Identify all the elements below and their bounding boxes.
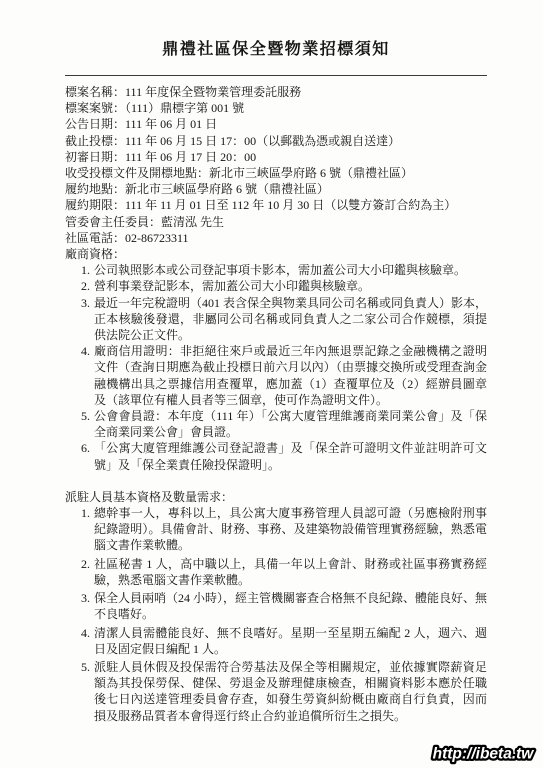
info-line-review-date: 初審日期：111 年 06 月 17 日 20：00 xyxy=(65,149,487,165)
title-divider xyxy=(65,75,487,76)
watermark-url: http://ibeta.tw xyxy=(433,746,535,763)
list-item: 營利事業登記影本，需加蓋公司大小印鑑與核驗章。 xyxy=(93,278,487,294)
list-item: 公會會員證：本年度（111 年）「公寓大廈管理維護商業同業公會」及「保全商業同業… xyxy=(93,408,487,440)
list-item: 公司執照影本或公司登記事項卡影本，需加蓋公司大小印鑑與核驗章。 xyxy=(93,262,487,278)
list-item: 最近一年完稅證明（401 表含保全與物業具同公司名稱或同負責人）影本，正本核驗後… xyxy=(93,295,487,344)
list-item: 保全人員兩哨（24 小時），經主管機關審查合格無不良紀錄、體能良好、無不良嗜好。 xyxy=(93,590,487,622)
info-line-tender-name: 標案名稱：111 年度保全暨物業管理委託服務 xyxy=(65,84,487,100)
vendor-qualifications-list: 公司執照影本或公司登記事項卡影本，需加蓋公司大小印鑑與核驗章。 營利事業登記影本… xyxy=(65,262,487,473)
info-line-phone: 社區電話：02-86723311 xyxy=(65,230,487,246)
list-item: 總幹事一人，專科以上，具公寓大廈事務管理人員認可證（另應檢附刑事紀錄證明）。具備… xyxy=(93,505,487,554)
section-heading-vendor-qualifications: 廠商資格： xyxy=(65,246,487,262)
section-vendor-qualifications: 廠商資格： 公司執照影本或公司登記事項卡影本，需加蓋公司大小印鑑與核驗章。 營利… xyxy=(65,246,487,473)
info-line-perform-place: 履約地點：新北市三峽區學府路 6 號（鼎禮社區） xyxy=(65,181,487,197)
info-line-perform-period: 履約期限：111 年 11 月 01 日至 112 年 10 月 30 日（以雙… xyxy=(65,197,487,213)
info-line-chairman: 管委會主任委員：藍清泓 先生 xyxy=(65,214,487,230)
info-line-tender-number: 標案案號：（111）鼎標字第 001 號 xyxy=(65,100,487,116)
list-item: 清潔人員需體能良好、無不良嗜好。星期一至星期五編配 2 人，週六、週日及固定假日… xyxy=(93,625,487,657)
list-item: 「公寓大廈管理維護公司登記證書」及「保全許可證明文件並註明許可文號」及「保全業責… xyxy=(93,440,487,472)
list-item: 廠商信用證明：非拒絕往來戶或最近三年內無退票記錄之金融機構之證明文件（查詢日期應… xyxy=(93,343,487,408)
staff-requirements-list: 總幹事一人，專科以上，具公寓大廈事務管理人員認可證（另應檢附刑事紀錄證明）。具備… xyxy=(65,505,487,724)
list-item: 社區秘書 1 人，高中職以上，具備一年以上會計、財務或社區事務實務經驗，熟悉電腦… xyxy=(93,556,487,588)
watermark-badge: http://ibeta.tw xyxy=(424,740,542,765)
tender-info-block: 標案名稱：111 年度保全暨物業管理委託服務 標案案號：（111）鼎標字第 00… xyxy=(65,84,487,246)
list-item: 派駐人員休假及投保需符合勞基法及保全等相關規定，並依據實際薪資足額為其投保勞保、… xyxy=(93,659,487,724)
page-title: 鼎禮社區保全暨物業招標須知 xyxy=(65,38,487,62)
info-line-announce-date: 公告日期：111 年 06 月 01 日 xyxy=(65,116,487,132)
section-staff-requirements: 派駐人員基本資格及數量需求： 總幹事一人，專科以上，具公寓大廈事務管理人員認可證… xyxy=(65,489,487,724)
info-line-bid-location: 收受投標文件及開標地點：新北市三峽區學府路 6 號（鼎禮社區） xyxy=(65,165,487,181)
info-line-bid-deadline: 截止投標：111 年 06 月 15 日 17：00（以郵戳為憑或親自送達） xyxy=(65,133,487,149)
document-page: 鼎禮社區保全暨物業招標須知 標案名稱：111 年度保全暨物業管理委託服務 標案案… xyxy=(0,0,543,768)
section-heading-staff-requirements: 派駐人員基本資格及數量需求： xyxy=(65,489,487,505)
